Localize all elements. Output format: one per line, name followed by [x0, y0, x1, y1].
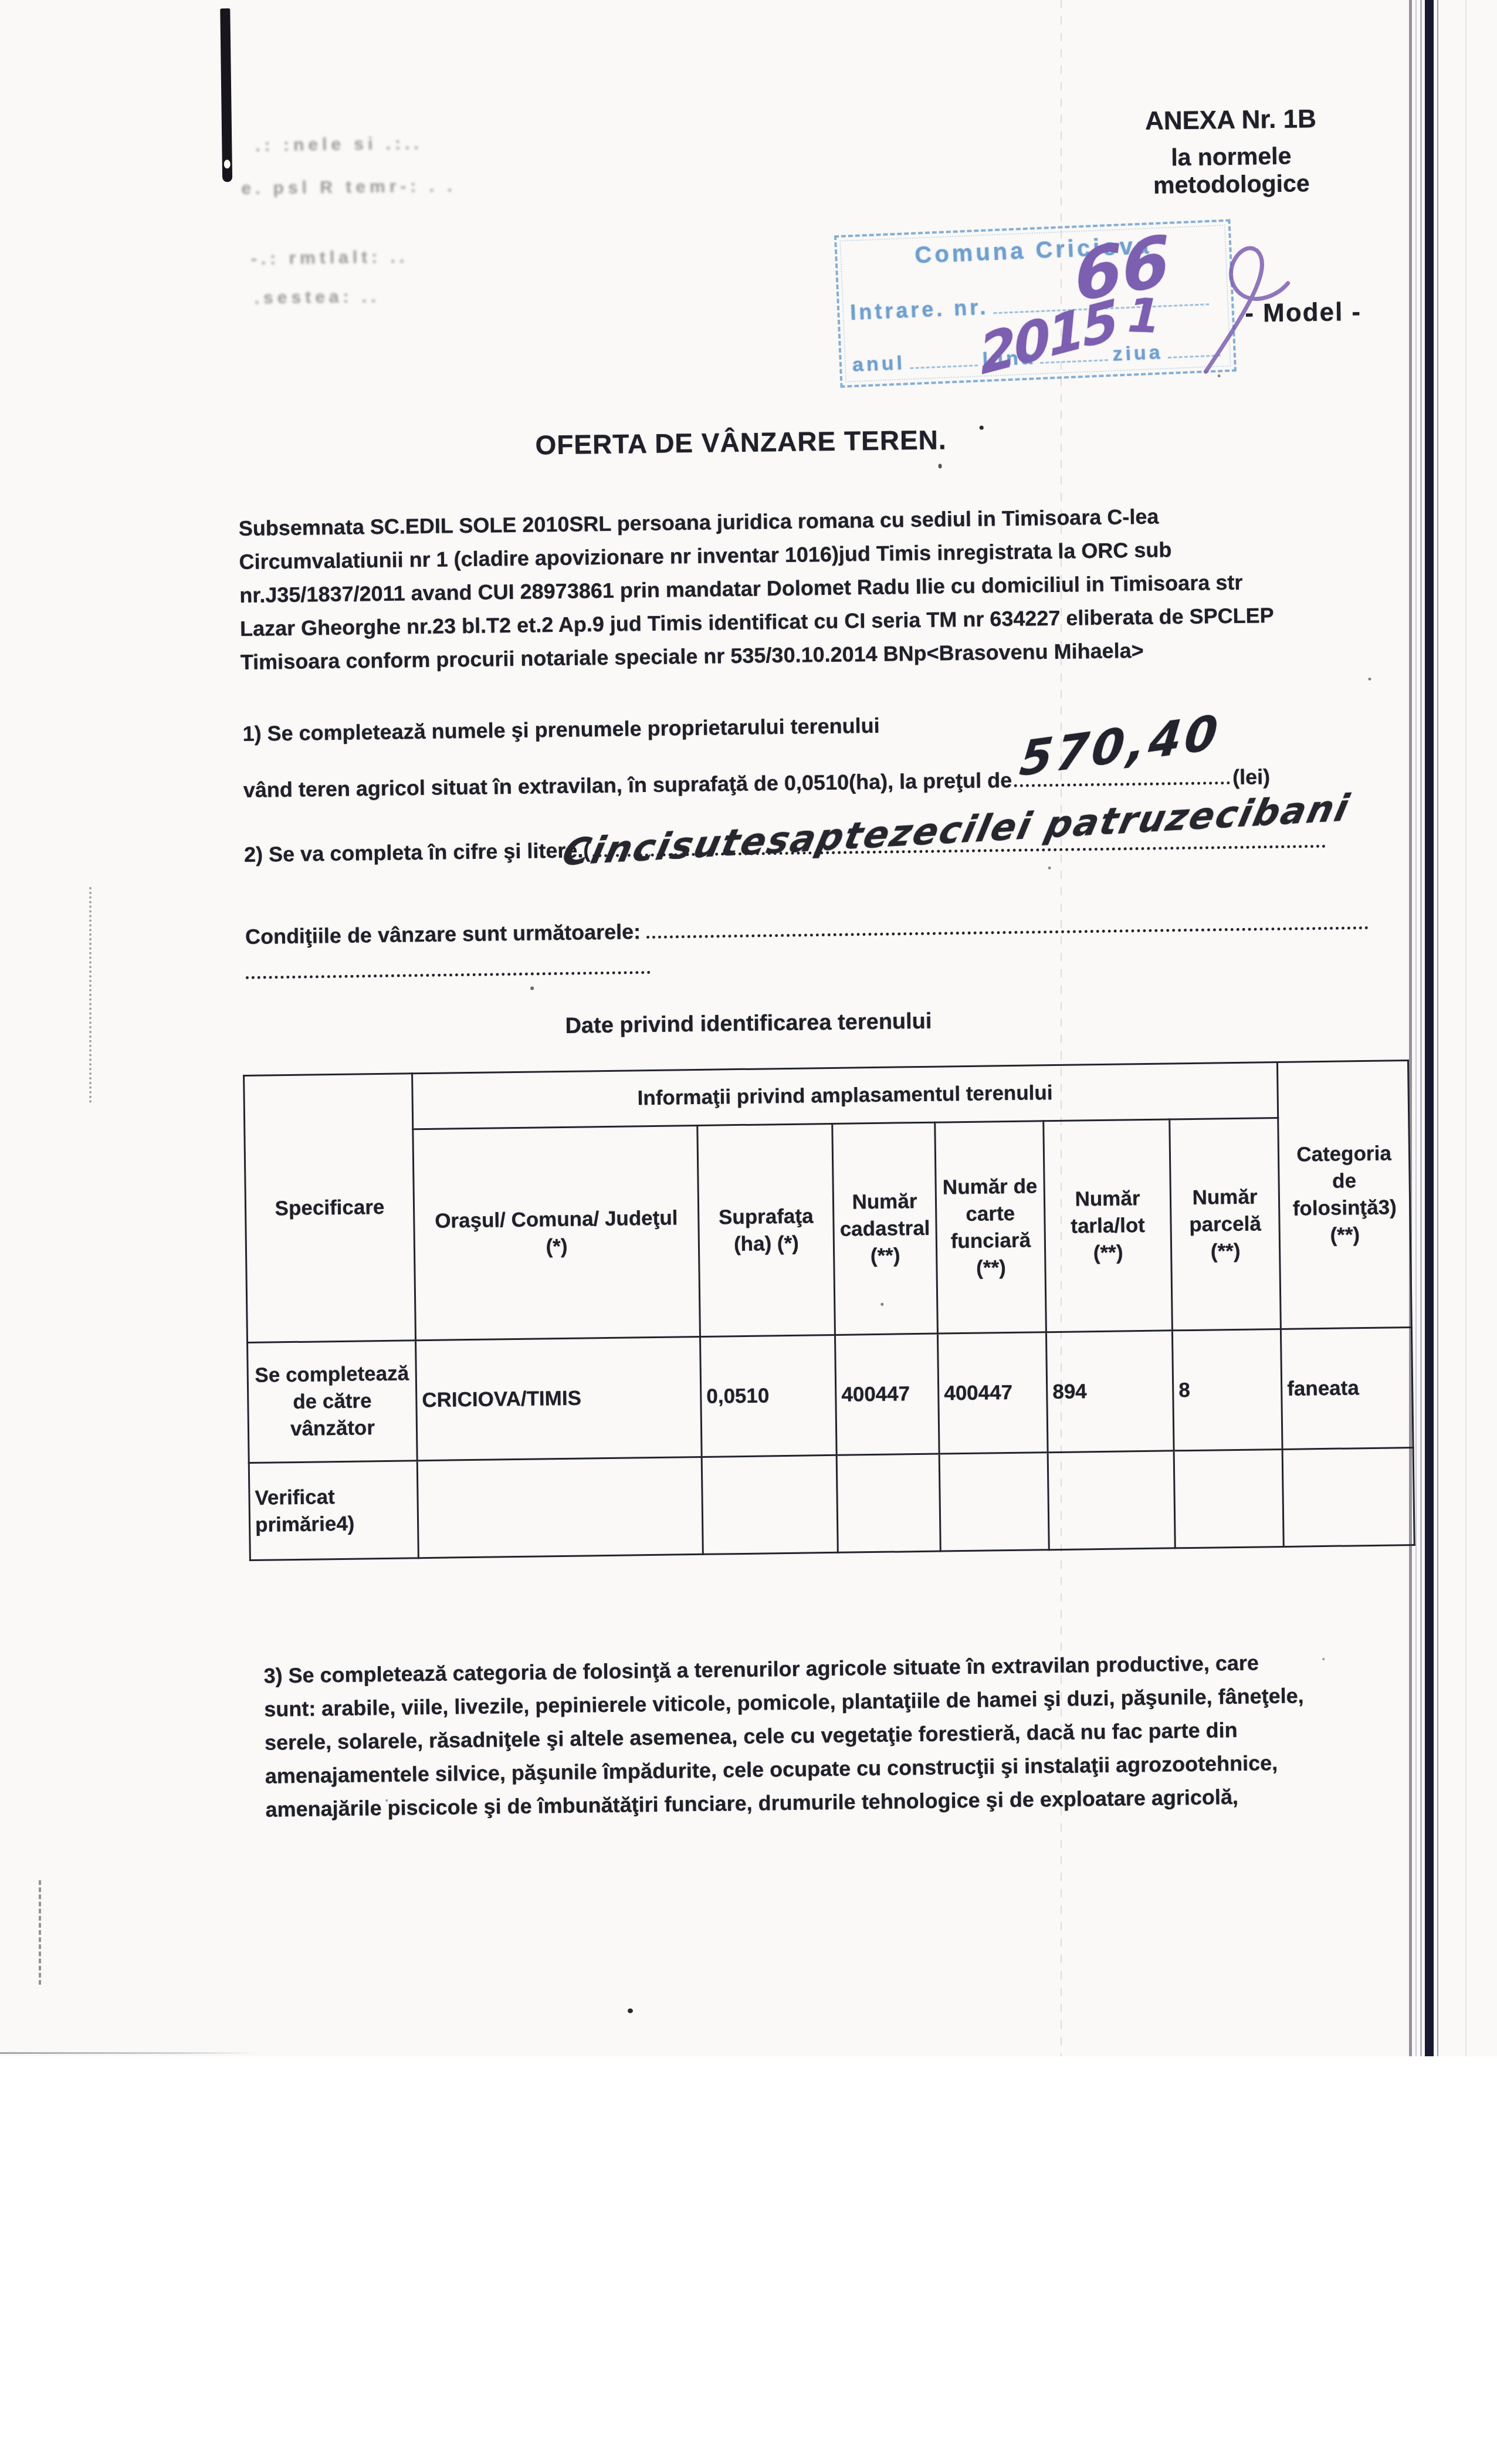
toner-speck [1218, 374, 1221, 377]
conditions-dotted-blank [646, 926, 1369, 939]
cell-categoria-empty [1282, 1448, 1414, 1547]
header-categoria: Categoria de folosinţă3) (**) [1277, 1061, 1411, 1329]
document-content: .: :nele si .:.. e. psl R temr-: . . -.:… [0, 0, 1497, 2115]
illegible-stamp-text: .sestea: .. [255, 287, 380, 309]
currency-label: (lei) [1232, 760, 1271, 794]
header-parcela: Număr parcelă (**) [1170, 1118, 1281, 1330]
cell-oras-empty [417, 1457, 703, 1558]
footnote-1: 1) Se completează numele şi prenumele pr… [242, 709, 880, 750]
toner-speck [1368, 678, 1371, 681]
cell-tarla: 894 [1046, 1331, 1174, 1453]
model-label: - Model - [1245, 297, 1361, 329]
toner-speck [628, 2009, 633, 2013]
toner-speck [880, 1303, 883, 1306]
toner-speck [980, 425, 984, 429]
footnote-2-line: 2) Se va completa în cifre şi litere.( C… [244, 824, 1329, 871]
annex-header: ANEXA Nr. 1B la normele metodologice [1090, 104, 1373, 200]
handwritten-amount-words: Cincisutesaptezecilei patruzecibani [560, 791, 1353, 869]
toner-speck [530, 987, 534, 990]
conditions-text: Condiţiile de vânzare sunt următoarele: [245, 915, 641, 953]
binder-clip-mark [220, 8, 232, 182]
document-title: OFERTA DE VÂNZARE TEREN. [0, 417, 1489, 468]
sale-text: vând teren agricol situat în extravilan,… [243, 763, 1012, 807]
footnote-2-text: 2) Se va completa în cifre şi litere.( [244, 833, 591, 871]
illegible-stamp-text: e. psl R temr-: . . [241, 176, 456, 199]
stamp-year-label: anul [852, 351, 905, 377]
cell-suprafata: 0,0510 [700, 1335, 836, 1457]
header-specificare: Specificare [244, 1074, 416, 1343]
toner-speck [1048, 867, 1051, 869]
stamp-blank-line [910, 364, 978, 369]
header-oras: Oraşul/ Comuna/ Judeţul (*) [413, 1125, 700, 1340]
header-suprafata: Suprafaţa (ha) (*) [697, 1123, 835, 1336]
header-tarla: Număr tarla/lot (**) [1044, 1119, 1173, 1332]
toner-speck [328, 735, 330, 737]
cell-carte-funciara: 400447 [937, 1332, 1048, 1454]
footnote-3-paragraph: 3) Se completează categoria de folosinţă… [263, 1646, 1305, 1826]
header-carte-funciara: Număr de carte funciară (**) [935, 1121, 1046, 1333]
cell-tarla-empty [1048, 1451, 1175, 1550]
row-seller-label: Se completează de către vânzător [248, 1341, 418, 1463]
land-identification-table: Specificare Informaţii privind amplasame… [243, 1060, 1415, 1561]
row-verificat-label: Verificat primărie4) [249, 1461, 418, 1561]
illegible-stamp-text: -.: rmtlalt: .. [251, 247, 409, 269]
table-caption: Date privind identificarea terenului [0, 1001, 1497, 1046]
cell-categoria: faneata [1281, 1328, 1413, 1450]
words-dotted-blank: Cincisutesaptezecilei patruzecibani [592, 845, 1326, 857]
cell-suprafata-empty [702, 1455, 838, 1554]
cell-carte-empty [939, 1453, 1049, 1551]
handwritten-day: 1 [1126, 288, 1161, 344]
illegible-stamp-text: .: :nele si .:.. [255, 134, 423, 156]
toner-speck [385, 1799, 388, 1802]
toner-speck [716, 624, 719, 627]
conditions-dotted-blank-2 [246, 971, 651, 979]
conditions-line: Condiţiile de vânzare sunt următoarele: [245, 905, 1369, 953]
toner-speck [1322, 1658, 1325, 1660]
intro-paragraph: Subsemnata SC.EDIL SOLE 2010SRL persoana… [239, 498, 1275, 679]
header-cadastral: Număr cadastral (**) [832, 1122, 938, 1335]
cell-cadastral-empty [836, 1454, 940, 1552]
table-row: Verificat primărie4) [249, 1448, 1414, 1561]
cell-cadastral: 400447 [835, 1333, 939, 1455]
scanned-document-page: .: :nele si .:.. e. psl R temr-: . . -.:… [0, 0, 1497, 2464]
price-dotted-blank: 570,40 [1014, 781, 1230, 787]
cell-parcela: 8 [1172, 1329, 1282, 1450]
binder-clip-hole [224, 160, 231, 168]
toner-speck [939, 463, 942, 468]
stamp-day-label: ziua [1112, 341, 1164, 365]
handwritten-price: 570,40 [1019, 715, 1223, 777]
table-row: Se completează de către vânzător CRICIOV… [248, 1328, 1414, 1463]
annex-subtitle: la normele metodologice [1090, 141, 1372, 200]
cell-parcela-empty [1174, 1449, 1283, 1548]
annex-number: ANEXA Nr. 1B [1090, 104, 1372, 137]
cell-oras: CRICIOVA/TIMIS [416, 1336, 702, 1460]
